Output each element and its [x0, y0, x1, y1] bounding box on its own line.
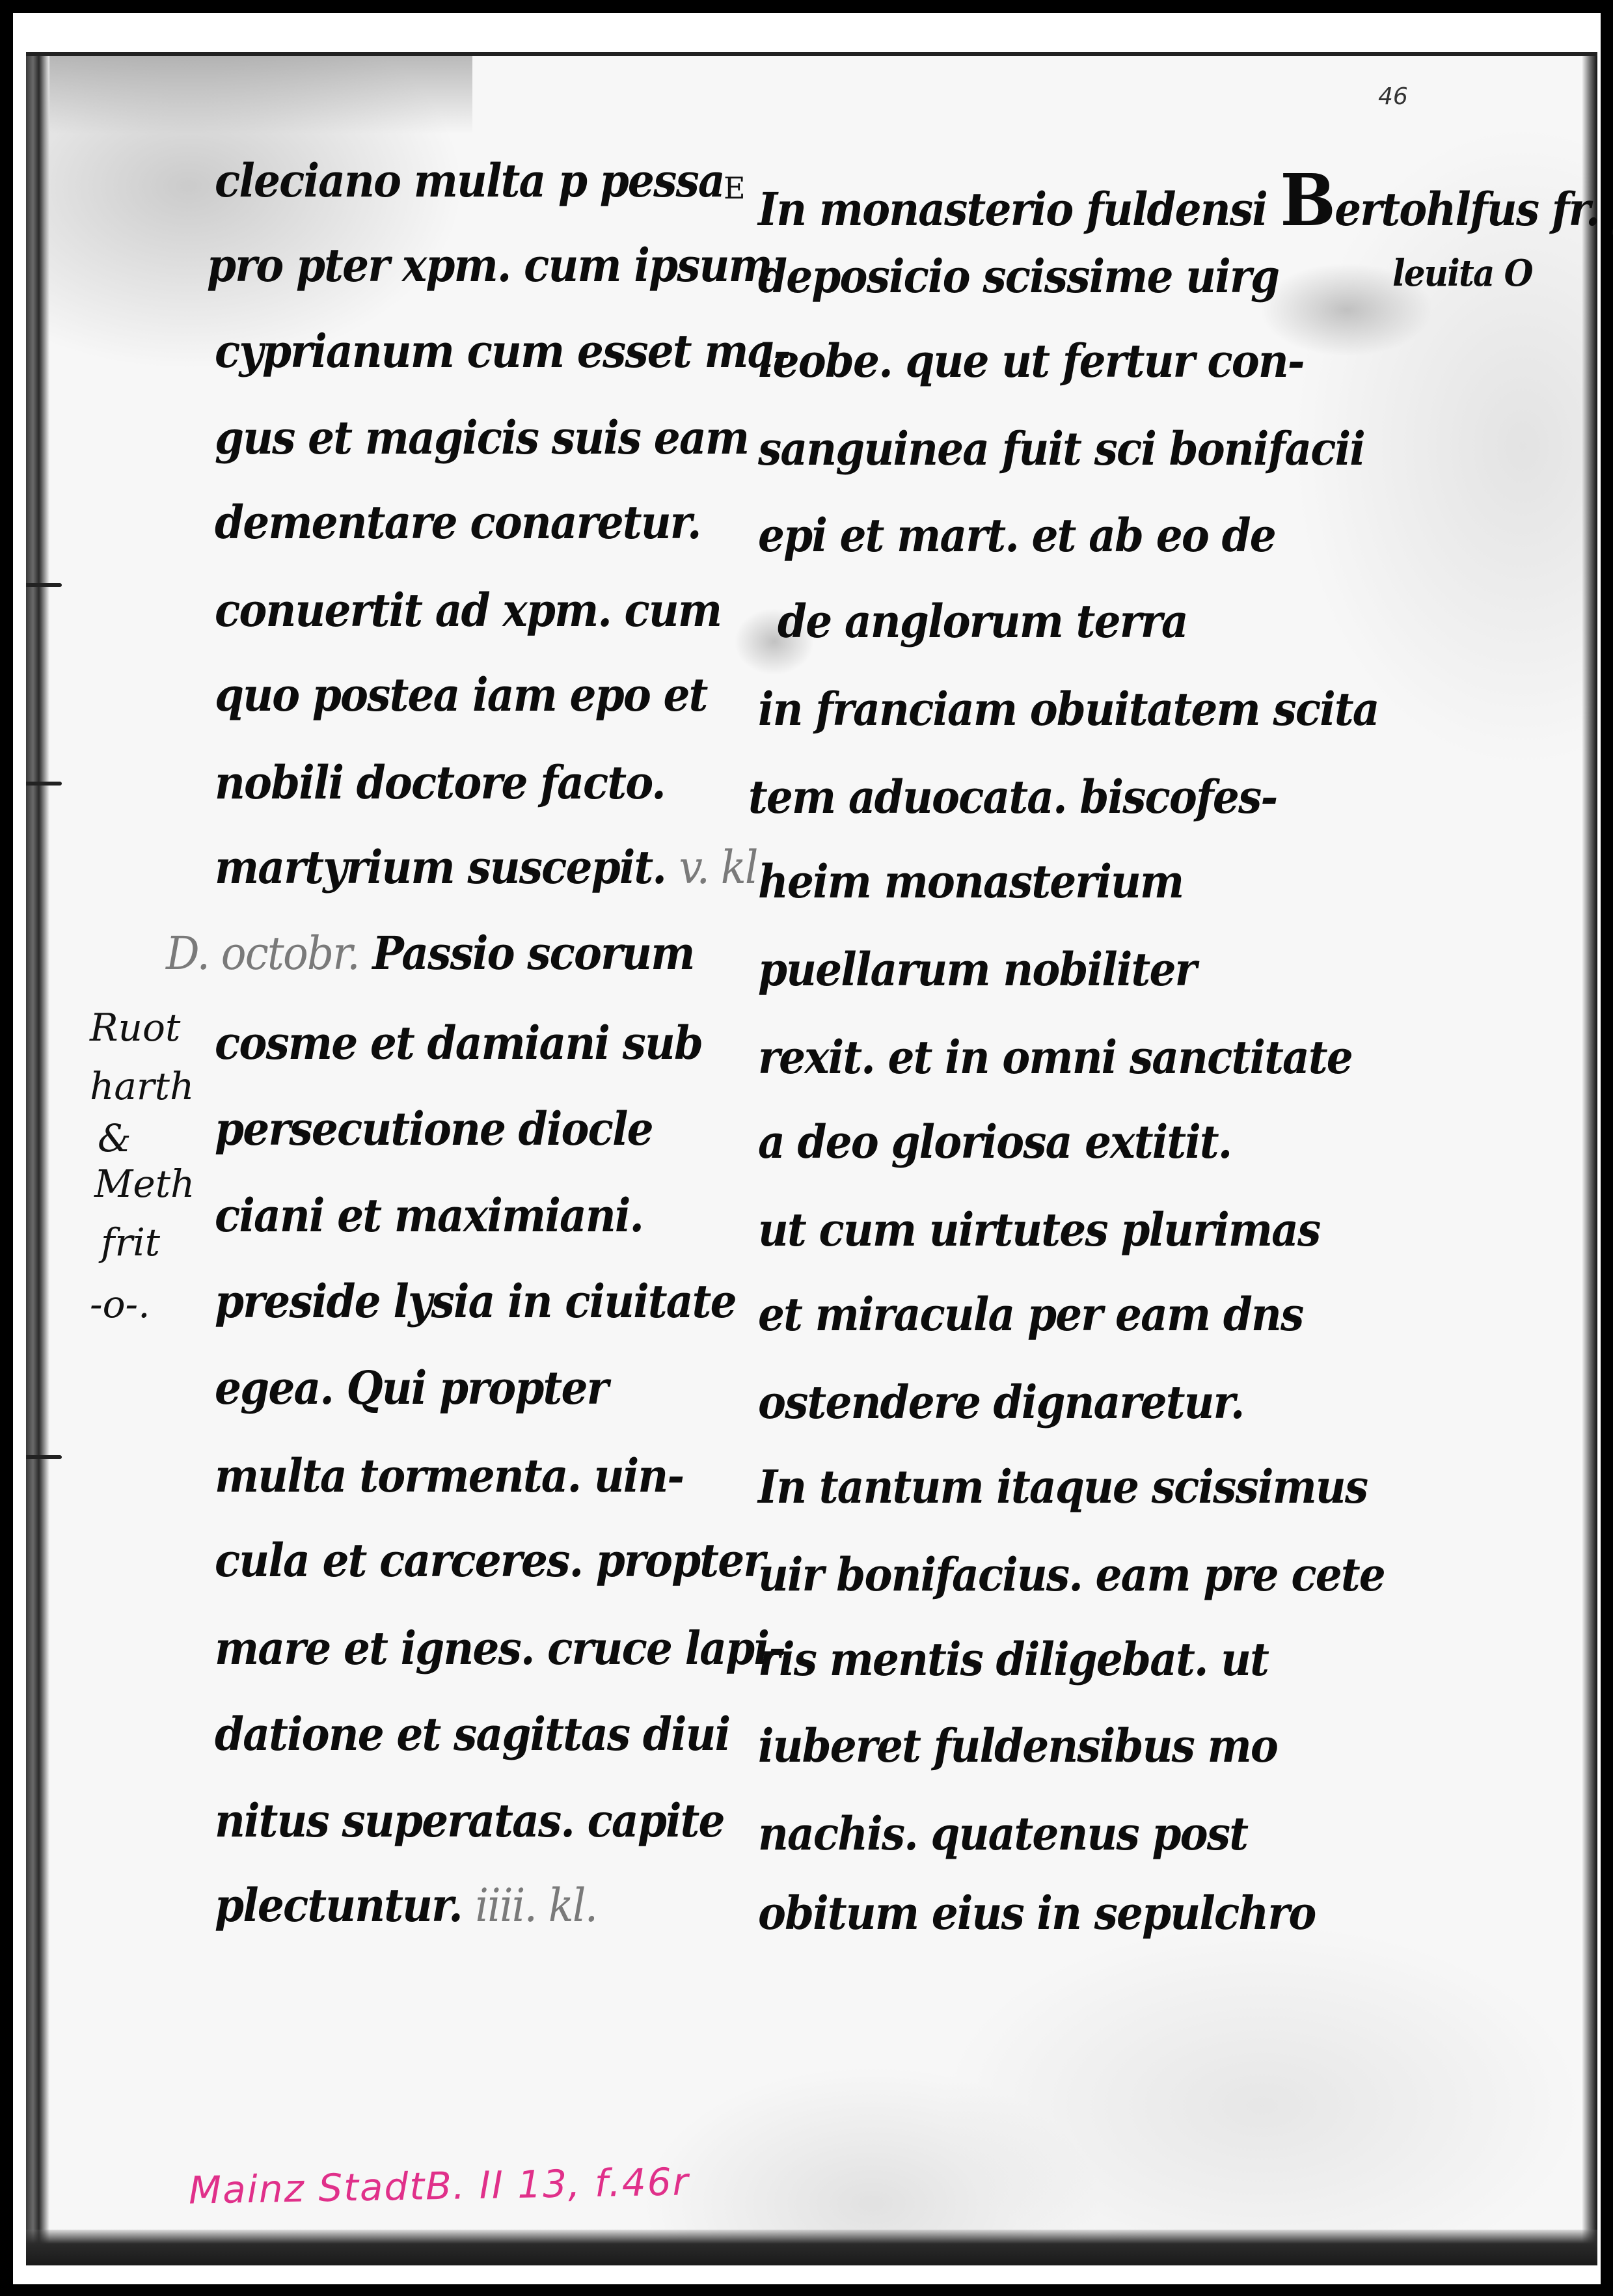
text-line: persecutione diocle — [215, 1106, 653, 1152]
text-line: datione et sagittas diui — [215, 1712, 729, 1757]
page-right-edge — [1582, 56, 1597, 2265]
text-line: rexit. et in omni sanctitate — [758, 1035, 1352, 1080]
text-line: sanguinea fuit sci bonifacii — [758, 426, 1364, 472]
library-shelfmark: Mainz StadtB. II 13, f.46r — [188, 2159, 690, 2212]
text-line: tem aduocata. biscofes- — [748, 774, 1277, 820]
text-line: egea. Qui propter — [215, 1365, 608, 1411]
text-line: leobe. que ut fertur con- — [758, 338, 1304, 384]
text-line: nitus superatas. capite — [215, 1798, 724, 1844]
folio-number: 46 — [1378, 83, 1408, 110]
text-line: gus et magicis suis eam — [215, 415, 748, 461]
text-line: ut cum uirtutes plurimas — [758, 1207, 1320, 1253]
binding-edge — [26, 56, 49, 2265]
text-line: conuertit ad xpm. cum — [215, 588, 721, 633]
text-line: pro pter xpm. cum ipsum — [207, 243, 772, 288]
rubric-date: D. octobr. — [166, 927, 359, 980]
text-line: deposicio scissime uirg — [758, 254, 1279, 299]
margin-note-line: Ruot — [90, 1009, 180, 1046]
text-line: puellarum nobiliter — [758, 947, 1196, 992]
text-line: nobili doctore facto. — [215, 760, 665, 806]
text-line: nachis. quatenus post — [758, 1811, 1247, 1857]
text-line: de anglorum terra — [778, 599, 1187, 644]
margin-note-line: harth — [90, 1067, 194, 1105]
text-line: In monasterio fuldensi Bertohlfus fr. y — [758, 165, 1613, 236]
text-line: D. octobr. Passio scorum — [166, 931, 694, 976]
text-line: iuberet fuldensibus mo — [758, 1723, 1277, 1769]
text-line: ris mentis diligebat. ut — [758, 1637, 1268, 1682]
page-bottom-edge — [26, 2230, 1597, 2265]
text-line: uir bonifacius. eam pre cete — [758, 1552, 1385, 1598]
text-line: cosme et damiani sub — [215, 1020, 702, 1066]
text: ertohlfus fr. y — [1335, 182, 1613, 236]
text: martyrium suscepit. — [215, 840, 666, 894]
text-line: leuita O — [1392, 255, 1532, 292]
section-marker: E — [724, 171, 746, 206]
initial-letter: B — [1280, 158, 1335, 242]
text-line: et miracula per eam dns — [758, 1292, 1303, 1337]
text-line: martyrium suscepit. v. kl — [215, 845, 757, 890]
text-line: ciani et maximiani. — [215, 1193, 643, 1238]
text: plectuntur. — [215, 1878, 462, 1932]
text-line: cyprianum cum esset ma- — [215, 329, 790, 374]
text-line: mare et ignes. cruce lapi- — [215, 1626, 785, 1671]
text-line: heim monasterium — [758, 859, 1183, 905]
margin-note-line: Meth — [94, 1165, 195, 1203]
text: In monasterio fuldensi — [758, 182, 1267, 236]
binding-thread-mark — [26, 583, 62, 587]
text-line: plectuntur. iiii. kl. — [215, 1883, 597, 1928]
text-line: In tantum itaque scissimus — [758, 1464, 1367, 1510]
text-line: cula et carceres. propter — [215, 1538, 764, 1583]
text-line: a deo gloriosa extitit. — [758, 1119, 1231, 1165]
margin-note-line: frit — [101, 1223, 160, 1261]
text-line: epi et mart. et ab eo de — [758, 513, 1275, 558]
binding-thread-mark — [26, 782, 62, 786]
text-line: cleciano multa p pessa — [215, 158, 724, 204]
text-line: obitum eius in sepulchro — [758, 1891, 1316, 1936]
binding-thread-mark — [26, 1455, 62, 1459]
text-line: in franciam obuitatem scita — [758, 687, 1379, 732]
text-line: ostendere dignaretur. — [758, 1380, 1243, 1425]
text-line: quo postea iam epo et — [215, 672, 707, 718]
feast-heading: Passio scorum — [372, 926, 694, 980]
margin-note-line: & — [98, 1119, 131, 1157]
page-shadow — [49, 56, 472, 134]
rubric-date: v. kl — [679, 841, 757, 894]
text-line: preside lysia in ciuitate — [215, 1279, 736, 1324]
text-line: multa tormenta. uin- — [215, 1453, 683, 1499]
text-line: dementare conaretur. — [215, 500, 701, 545]
rubric-date: iiii. kl. — [475, 1879, 597, 1932]
margin-note-line: -o-. — [90, 1285, 150, 1323]
